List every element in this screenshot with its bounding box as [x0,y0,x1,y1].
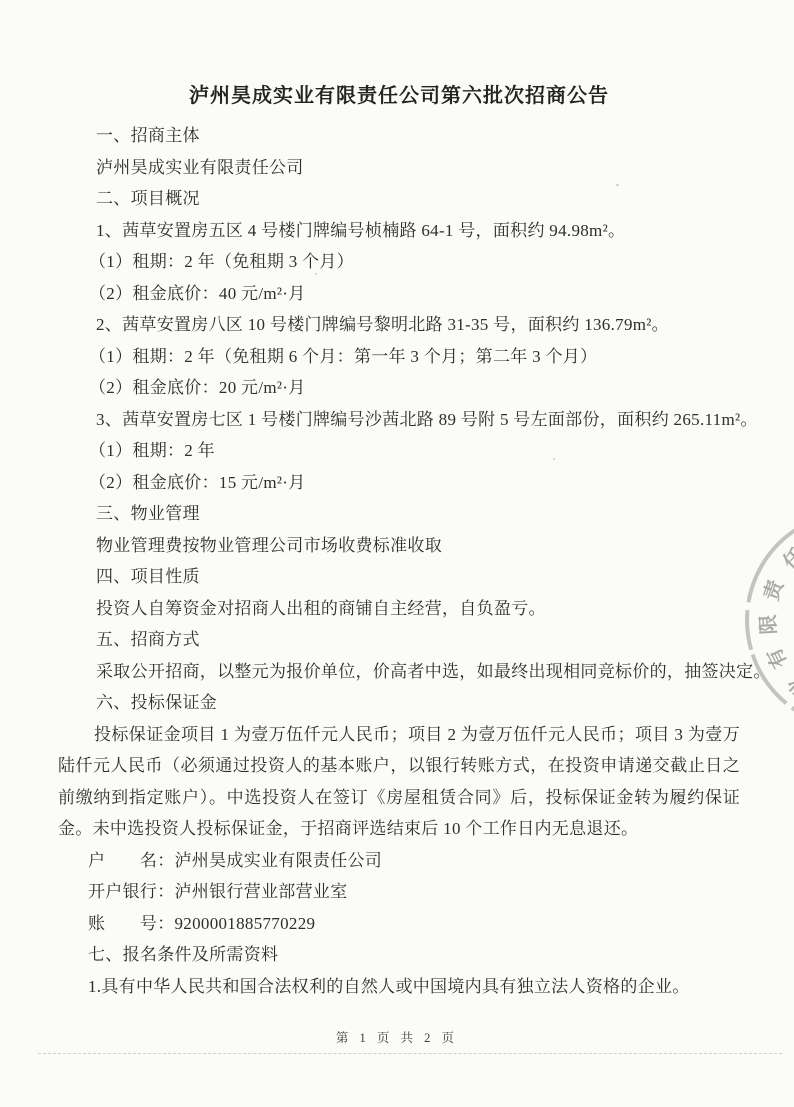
section-heading-6: 六、投标保证金 [58,687,740,719]
project-item-2: 2、茜草安置房八区 10 号楼门牌编号黎明北路 31-35 号，面积约 136.… [58,309,740,341]
section-heading-4: 四、项目性质 [58,561,740,593]
svg-text:限: 限 [757,614,781,635]
account-line-number: 账 号：9200001885770229 [58,908,740,940]
svg-text:任: 任 [778,543,794,574]
body-line-company: 泸州昊成实业有限责任公司 [58,152,740,184]
section-heading-3: 三、物业管理 [58,498,740,530]
scan-speck [315,273,317,275]
scan-artifact-line [38,1053,782,1054]
document-title: 泸州昊成实业有限责任公司第六批次招商公告 [58,82,740,110]
section-heading-7: 七、报名条件及所需资料 [58,939,740,971]
body-line-project-nature: 投资人自筹资金对招商人出租的商铺自主经营，自负盈亏。 [58,593,740,625]
body-line-eligibility: 1.具有中华人民共和国合法权利的自然人或中国境内具有独立法人资格的企业。 [58,971,740,1003]
scan-speck [553,458,555,460]
svg-text:业: 业 [783,670,794,700]
svg-text:有: 有 [762,644,792,672]
section-heading-1: 一、招商主体 [58,120,740,152]
sub-item-base-rent: （2）租金底价：40 元/m²·月 [58,278,740,310]
sub-item-lease-term: （1）租期：2 年（免租期 3 个月） [58,246,740,278]
account-line-bank: 开户银行：泸州银行营业部营业室 [58,876,740,908]
sub-item-base-rent: （2）租金底价：15 元/m²·月 [58,467,740,499]
project-item-1: 1、茜草安置房五区 4 号楼门牌编号桢楠路 64-1 号，面积约 94.98m²… [58,215,740,247]
scanned-document-page: 泸州昊成实业有限责任公司第六批次招商公告 一、招商主体 泸州昊成实业有限责任公司… [0,0,794,1107]
page-number: 第 1 页 共 2 页 [0,1028,794,1046]
svg-text:责: 责 [759,576,789,604]
body-line-property-fee: 物业管理费按物业管理公司市场收费标准收取 [58,530,740,562]
section-heading-5: 五、招商方式 [58,624,740,656]
section-heading-2: 二、项目概况 [58,183,740,215]
account-line-name: 户 名：泸州昊成实业有限责任公司 [58,845,740,877]
project-item-3: 3、茜草安置房七区 1 号楼门牌编号沙茜北路 89 号附 5 号左面部份，面积约… [58,404,740,436]
body-line-bidding-method: 采取公开招商，以整元为报价单位，价高者中选，如最终出现相同竞标价的，抽签决定。 [58,656,740,688]
document-body: 泸州昊成实业有限责任公司第六批次招商公告 一、招商主体 泸州昊成实业有限责任公司… [58,82,740,1002]
sub-item-base-rent: （2）租金底价：20 元/m²·月 [58,372,740,404]
sub-item-lease-term: （1）租期：2 年（免租期 6 个月：第一年 3 个月；第二年 3 个月） [58,341,740,373]
scan-speck [616,184,619,186]
company-seal-stamp: 任 责 限 有 业 实 [700,495,794,765]
paragraph-bid-deposit: 投标保证金项目 1 为壹万伍仟元人民币；项目 2 为壹万伍仟元人民币；项目 3 … [58,719,740,845]
sub-item-lease-term: （1）租期：2 年 [58,435,740,467]
